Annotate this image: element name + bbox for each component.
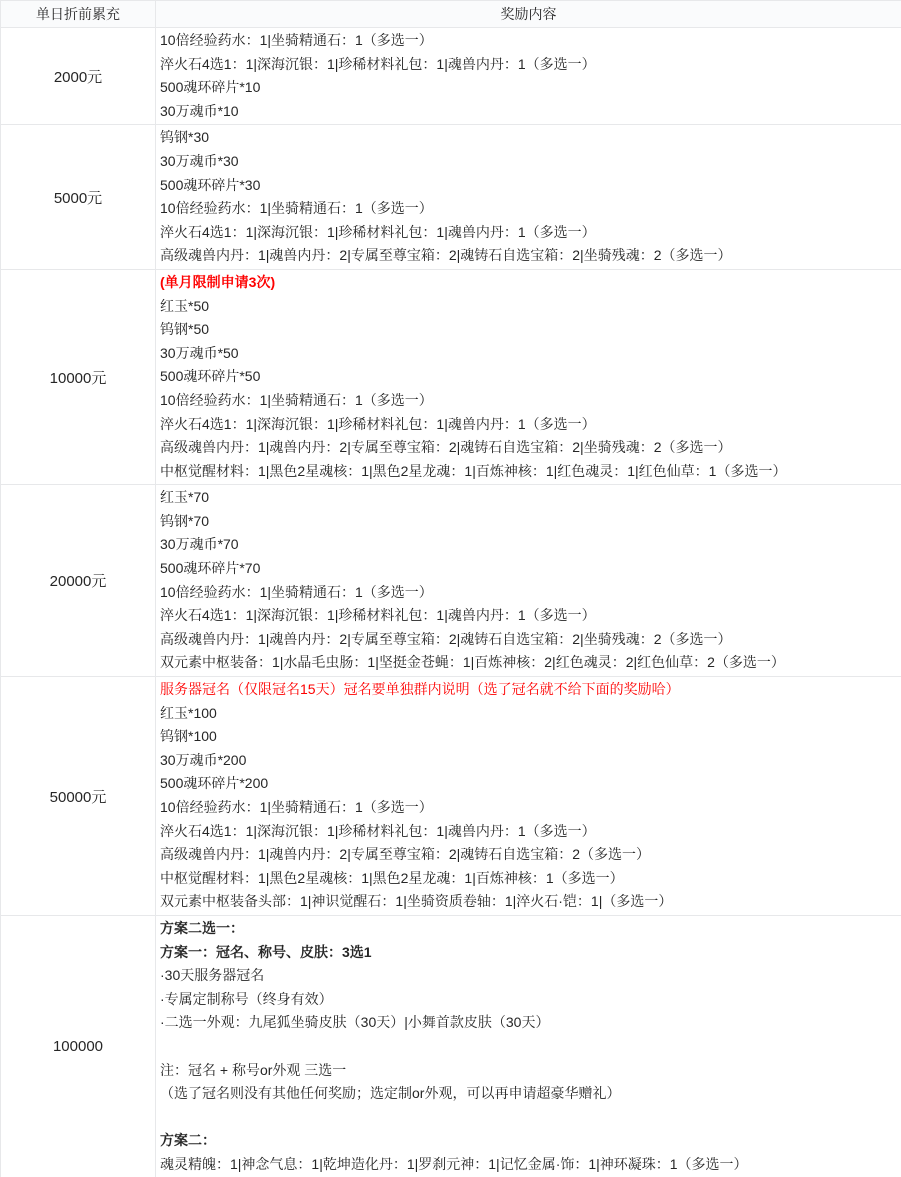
reward-line: 淬火石4选1：1|深海沉银：1|珍稀材料礼包：1|魂兽内丹：1（多选一） (160, 820, 895, 844)
reward-cell: 红玉*70钨钢*7030万魂币*70500魂环碎片*7010倍经验药水：1|坐骑… (156, 485, 901, 677)
table-row: 20000元红玉*70钨钢*7030万魂币*70500魂环碎片*7010倍经验药… (1, 485, 901, 677)
reward-line (160, 1106, 895, 1130)
reward-line: 高级魂兽内丹：1|魂兽内丹：2|专属至尊宝箱：2|魂铸石自选宝箱：2|坐骑残魂：… (160, 436, 895, 460)
reward-line: 500魂环碎片*50 (160, 365, 895, 389)
reward-line: 双元素中枢装备：1|水晶毛虫肠：1|坚挺金苍蝇：1|百炼神核：2|红色魂灵：2|… (160, 651, 895, 675)
table-row: 10000元(单月限制申请3次)红玉*50钨钢*5030万魂币*50500魂环碎… (1, 269, 901, 484)
reward-line: 双元素中枢装备头部：1|神识觉醒石：1|坐骑资质卷轴：1|淬火石·铠：1|（多选… (160, 890, 895, 914)
reward-cell: 钨钢*3030万魂币*30500魂环碎片*3010倍经验药水：1|坐骑精通石：1… (156, 125, 901, 270)
reward-line: (单月限制申请3次) (160, 271, 895, 295)
reward-line: 红玉*50 (160, 295, 895, 319)
reward-line: 高级魂兽内丹：1|魂兽内丹：2|专属至尊宝箱：2|魂铸石自选宝箱：2|坐骑残魂：… (160, 628, 895, 652)
reward-line: 10倍经验药水：1|坐骑精通石：1（多选一） (160, 389, 895, 413)
tier-cell: 10000元 (1, 269, 156, 484)
recharge-reward-table: 单日折前累充 奖励内容 2000元10倍经验药水：1|坐骑精通石：1（多选一）淬… (0, 0, 901, 1177)
reward-cell: 10倍经验药水：1|坐骑精通石：1（多选一）淬火石4选1：1|深海沉银：1|珍稀… (156, 28, 901, 125)
reward-line: 30万魂币*10 (160, 100, 895, 124)
reward-cell: 服务器冠名（仅限冠名15天）冠名要单独群内说明（选了冠名就不给下面的奖励哈）红玉… (156, 677, 901, 916)
reward-line: 10倍经验药水：1|坐骑精通石：1（多选一） (160, 796, 895, 820)
reward-line: 中枢觉醒材料：1|黑色2星魂核：1|黑色2星龙魂：1|百炼神核：1（多选一） (160, 867, 895, 891)
tier-cell: 100000 (1, 915, 156, 1177)
reward-line: 钨钢*100 (160, 725, 895, 749)
tier-cell: 5000元 (1, 125, 156, 270)
reward-line: 10倍经验药水：1|坐骑精通石：1（多选一） (160, 29, 895, 53)
reward-line: 10倍经验药水：1|坐骑精通石：1（多选一） (160, 197, 895, 221)
reward-line: 10倍经验药水：1|坐骑精通石：1（多选一） (160, 581, 895, 605)
tier-cell: 50000元 (1, 677, 156, 916)
table-row: 100000方案二选一：方案一：冠名、称号、皮肤：3选1·30天服务器冠名·专属… (1, 915, 901, 1177)
reward-line: ·二选一外观：九尾狐坐骑皮肤（30天）|小舞首款皮肤（30天） (160, 1011, 895, 1035)
reward-line: 红玉*70 (160, 486, 895, 510)
table-row: 5000元钨钢*3030万魂币*30500魂环碎片*3010倍经验药水：1|坐骑… (1, 125, 901, 270)
reward-line: 淬火石4选1：1|深海沉银：1|珍稀材料礼包：1|魂兽内丹：1（多选一） (160, 53, 895, 77)
header-reward-column: 奖励内容 (156, 1, 901, 28)
reward-cell: (单月限制申请3次)红玉*50钨钢*5030万魂币*50500魂环碎片*5010… (156, 269, 901, 484)
reward-line: 魂灵精魄：1|神念气息：1|乾坤造化丹：1|罗刹元神：1|记忆金属·饰：1|神环… (160, 1153, 895, 1177)
reward-line: 高级魂兽内丹：1|魂兽内丹：2|专属至尊宝箱：2|魂铸石自选宝箱：2（多选一） (160, 843, 895, 867)
table-row: 50000元服务器冠名（仅限冠名15天）冠名要单独群内说明（选了冠名就不给下面的… (1, 677, 901, 916)
reward-line: 500魂环碎片*70 (160, 557, 895, 581)
reward-line: 高级魂兽内丹：1|魂兽内丹：2|专属至尊宝箱：2|魂铸石自选宝箱：2|坐骑残魂：… (160, 244, 895, 268)
tier-cell: 20000元 (1, 485, 156, 677)
reward-line: 服务器冠名（仅限冠名15天）冠名要单独群内说明（选了冠名就不给下面的奖励哈） (160, 678, 895, 702)
reward-line: ·30天服务器冠名 (160, 964, 895, 988)
table-row: 2000元10倍经验药水：1|坐骑精通石：1（多选一）淬火石4选1：1|深海沉银… (1, 28, 901, 125)
reward-line: 钨钢*30 (160, 126, 895, 150)
reward-line: （选了冠名则没有其他任何奖励；选定制or外观，可以再申请超豪华赠礼） (160, 1082, 895, 1106)
header-tier-column: 单日折前累充 (1, 1, 156, 28)
reward-line: 方案一：冠名、称号、皮肤：3选1 (160, 941, 895, 965)
reward-line: 500魂环碎片*200 (160, 772, 895, 796)
reward-line: 30万魂币*70 (160, 533, 895, 557)
reward-line: 30万魂币*200 (160, 749, 895, 773)
reward-line: 中枢觉醒材料：1|黑色2星魂核：1|黑色2星龙魂：1|百炼神核：1|红色魂灵：1… (160, 460, 895, 484)
reward-line (160, 1035, 895, 1059)
tier-cell: 2000元 (1, 28, 156, 125)
reward-line: 30万魂币*50 (160, 342, 895, 366)
reward-line: 方案二选一： (160, 917, 895, 941)
reward-table-body: 2000元10倍经验药水：1|坐骑精通石：1（多选一）淬火石4选1：1|深海沉银… (1, 28, 901, 1177)
reward-cell: 方案二选一：方案一：冠名、称号、皮肤：3选1·30天服务器冠名·专属定制称号（终… (156, 915, 901, 1177)
reward-line: 钨钢*50 (160, 318, 895, 342)
reward-line: 淬火石4选1：1|深海沉银：1|珍稀材料礼包：1|魂兽内丹：1（多选一） (160, 604, 895, 628)
reward-line: 注：冠名 + 称号or外观 三选一 (160, 1059, 895, 1083)
reward-line: 30万魂币*30 (160, 150, 895, 174)
reward-line: ·专属定制称号（终身有效） (160, 988, 895, 1012)
table-header-row: 单日折前累充 奖励内容 (1, 1, 901, 28)
reward-line: 淬火石4选1：1|深海沉银：1|珍稀材料礼包：1|魂兽内丹：1（多选一） (160, 413, 895, 437)
reward-line: 方案二： (160, 1129, 895, 1153)
reward-line: 500魂环碎片*30 (160, 174, 895, 198)
reward-line: 淬火石4选1：1|深海沉银：1|珍稀材料礼包：1|魂兽内丹：1（多选一） (160, 221, 895, 245)
reward-line: 500魂环碎片*10 (160, 76, 895, 100)
reward-line: 红玉*100 (160, 702, 895, 726)
reward-line: 钨钢*70 (160, 510, 895, 534)
